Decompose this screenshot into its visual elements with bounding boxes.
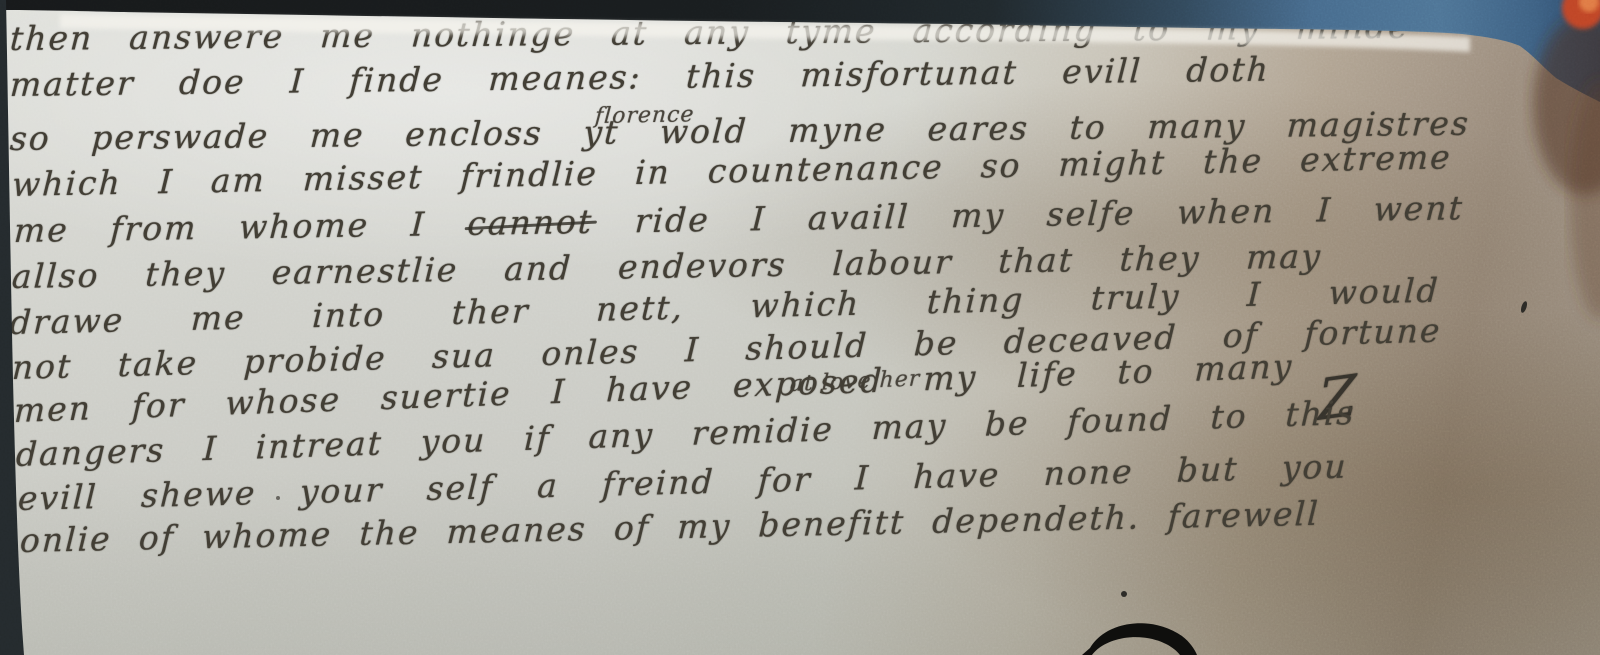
bottom-flourish <box>1082 623 1197 655</box>
ink-speck <box>1520 301 1528 314</box>
line-text: me from whome I <box>13 204 469 250</box>
struck-word: cannot <box>466 202 594 243</box>
right-edge-shadow <box>1533 15 1600 195</box>
ink-speck <box>1121 591 1127 597</box>
fingertip <box>1562 0 1600 29</box>
fingertip-highlight <box>1579 0 1599 12</box>
line-text: ride I availl my selfe when I went <box>592 188 1465 241</box>
manuscript-line: matter doe I finde meanes: this misfortu… <box>9 51 1271 104</box>
right-edge-shadow <box>1570 80 1600 320</box>
manuscript-photo: then answere me nothinge at any tyme acc… <box>0 0 1600 655</box>
